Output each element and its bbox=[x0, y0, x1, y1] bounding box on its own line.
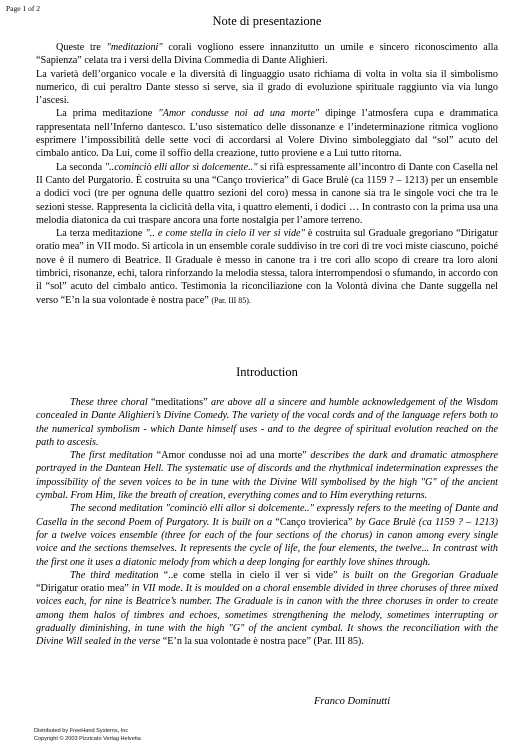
footer-copyright: Copyright © 2003 Pizzicato Verlag Helvet… bbox=[34, 736, 141, 744]
english-paragraph-2: The first meditation “Amor condusse noi … bbox=[36, 449, 498, 502]
italian-section-body: Queste tre "meditazioni" corali vogliono… bbox=[36, 41, 498, 307]
english-section-title: Introduction bbox=[36, 365, 498, 380]
upright-citation-span: “E’n la sua volontade è nostra pace” (Pa… bbox=[163, 636, 364, 647]
text-span: is built on the Gregorian Graduale bbox=[338, 570, 498, 581]
text-span: These three choral bbox=[70, 397, 151, 408]
text-span: La terza meditazione bbox=[56, 228, 145, 239]
text-span: The third meditation bbox=[70, 570, 164, 581]
footer-distributor: Distributed by FreeHand Systems, Inc bbox=[34, 728, 141, 736]
citation-reference: (Par. III 85). bbox=[211, 296, 251, 305]
footer: Distributed by FreeHand Systems, Inc Cop… bbox=[34, 728, 141, 743]
english-paragraph-3: The second meditation "cominciò elli all… bbox=[36, 502, 498, 568]
italic-title-span: "Amor condusse noi ad una morte" bbox=[158, 108, 319, 119]
upright-title-span: “Dirigatur oratio mea” bbox=[36, 583, 129, 594]
text-span: The first meditation bbox=[70, 450, 157, 461]
text-span: La seconda bbox=[56, 162, 105, 173]
english-paragraph-1: These three choral “meditations” are abo… bbox=[36, 396, 498, 449]
english-section-body: These three choral “meditations” are abo… bbox=[36, 396, 498, 649]
italian-section-title: Note di presentazione bbox=[36, 14, 498, 29]
italian-paragraph-1: Queste tre "meditazioni" corali vogliono… bbox=[36, 41, 498, 68]
italian-paragraph-2: La varietà dell’organico vocale e la div… bbox=[36, 68, 498, 108]
english-paragraph-4: The third meditation “..e come stella in… bbox=[36, 569, 498, 649]
italic-title-span: "..cominciò elli allor sì dolcemente.." bbox=[105, 162, 258, 173]
italian-paragraph-5: La terza meditazione ".. e come stella i… bbox=[36, 227, 498, 307]
upright-title-span: “meditations” bbox=[151, 397, 208, 408]
upright-title-span: “Canço trovierica” bbox=[275, 517, 352, 528]
upright-title-span: “Amor condusse noi ad una morte” bbox=[157, 450, 307, 461]
italic-title-span: "meditazioni" bbox=[107, 42, 163, 53]
author-signature: Franco Dominutti bbox=[314, 696, 390, 707]
italian-paragraph-4: La seconda "..cominciò elli allor sì dol… bbox=[36, 161, 498, 227]
page-indicator: Page 1 of 2 bbox=[6, 4, 40, 13]
text-span: è costruita sul Graduale gregoriano “Dir… bbox=[36, 228, 498, 305]
upright-title-span: “..e come stella in cielo il ver si vide… bbox=[164, 570, 338, 581]
text-span: Queste tre bbox=[56, 42, 107, 53]
text-span: La prima meditazione bbox=[56, 108, 158, 119]
italian-paragraph-3: La prima meditazione "Amor condusse noi … bbox=[36, 107, 498, 160]
italic-title-span: ".. e come stella in cielo il ver si vid… bbox=[145, 228, 304, 239]
